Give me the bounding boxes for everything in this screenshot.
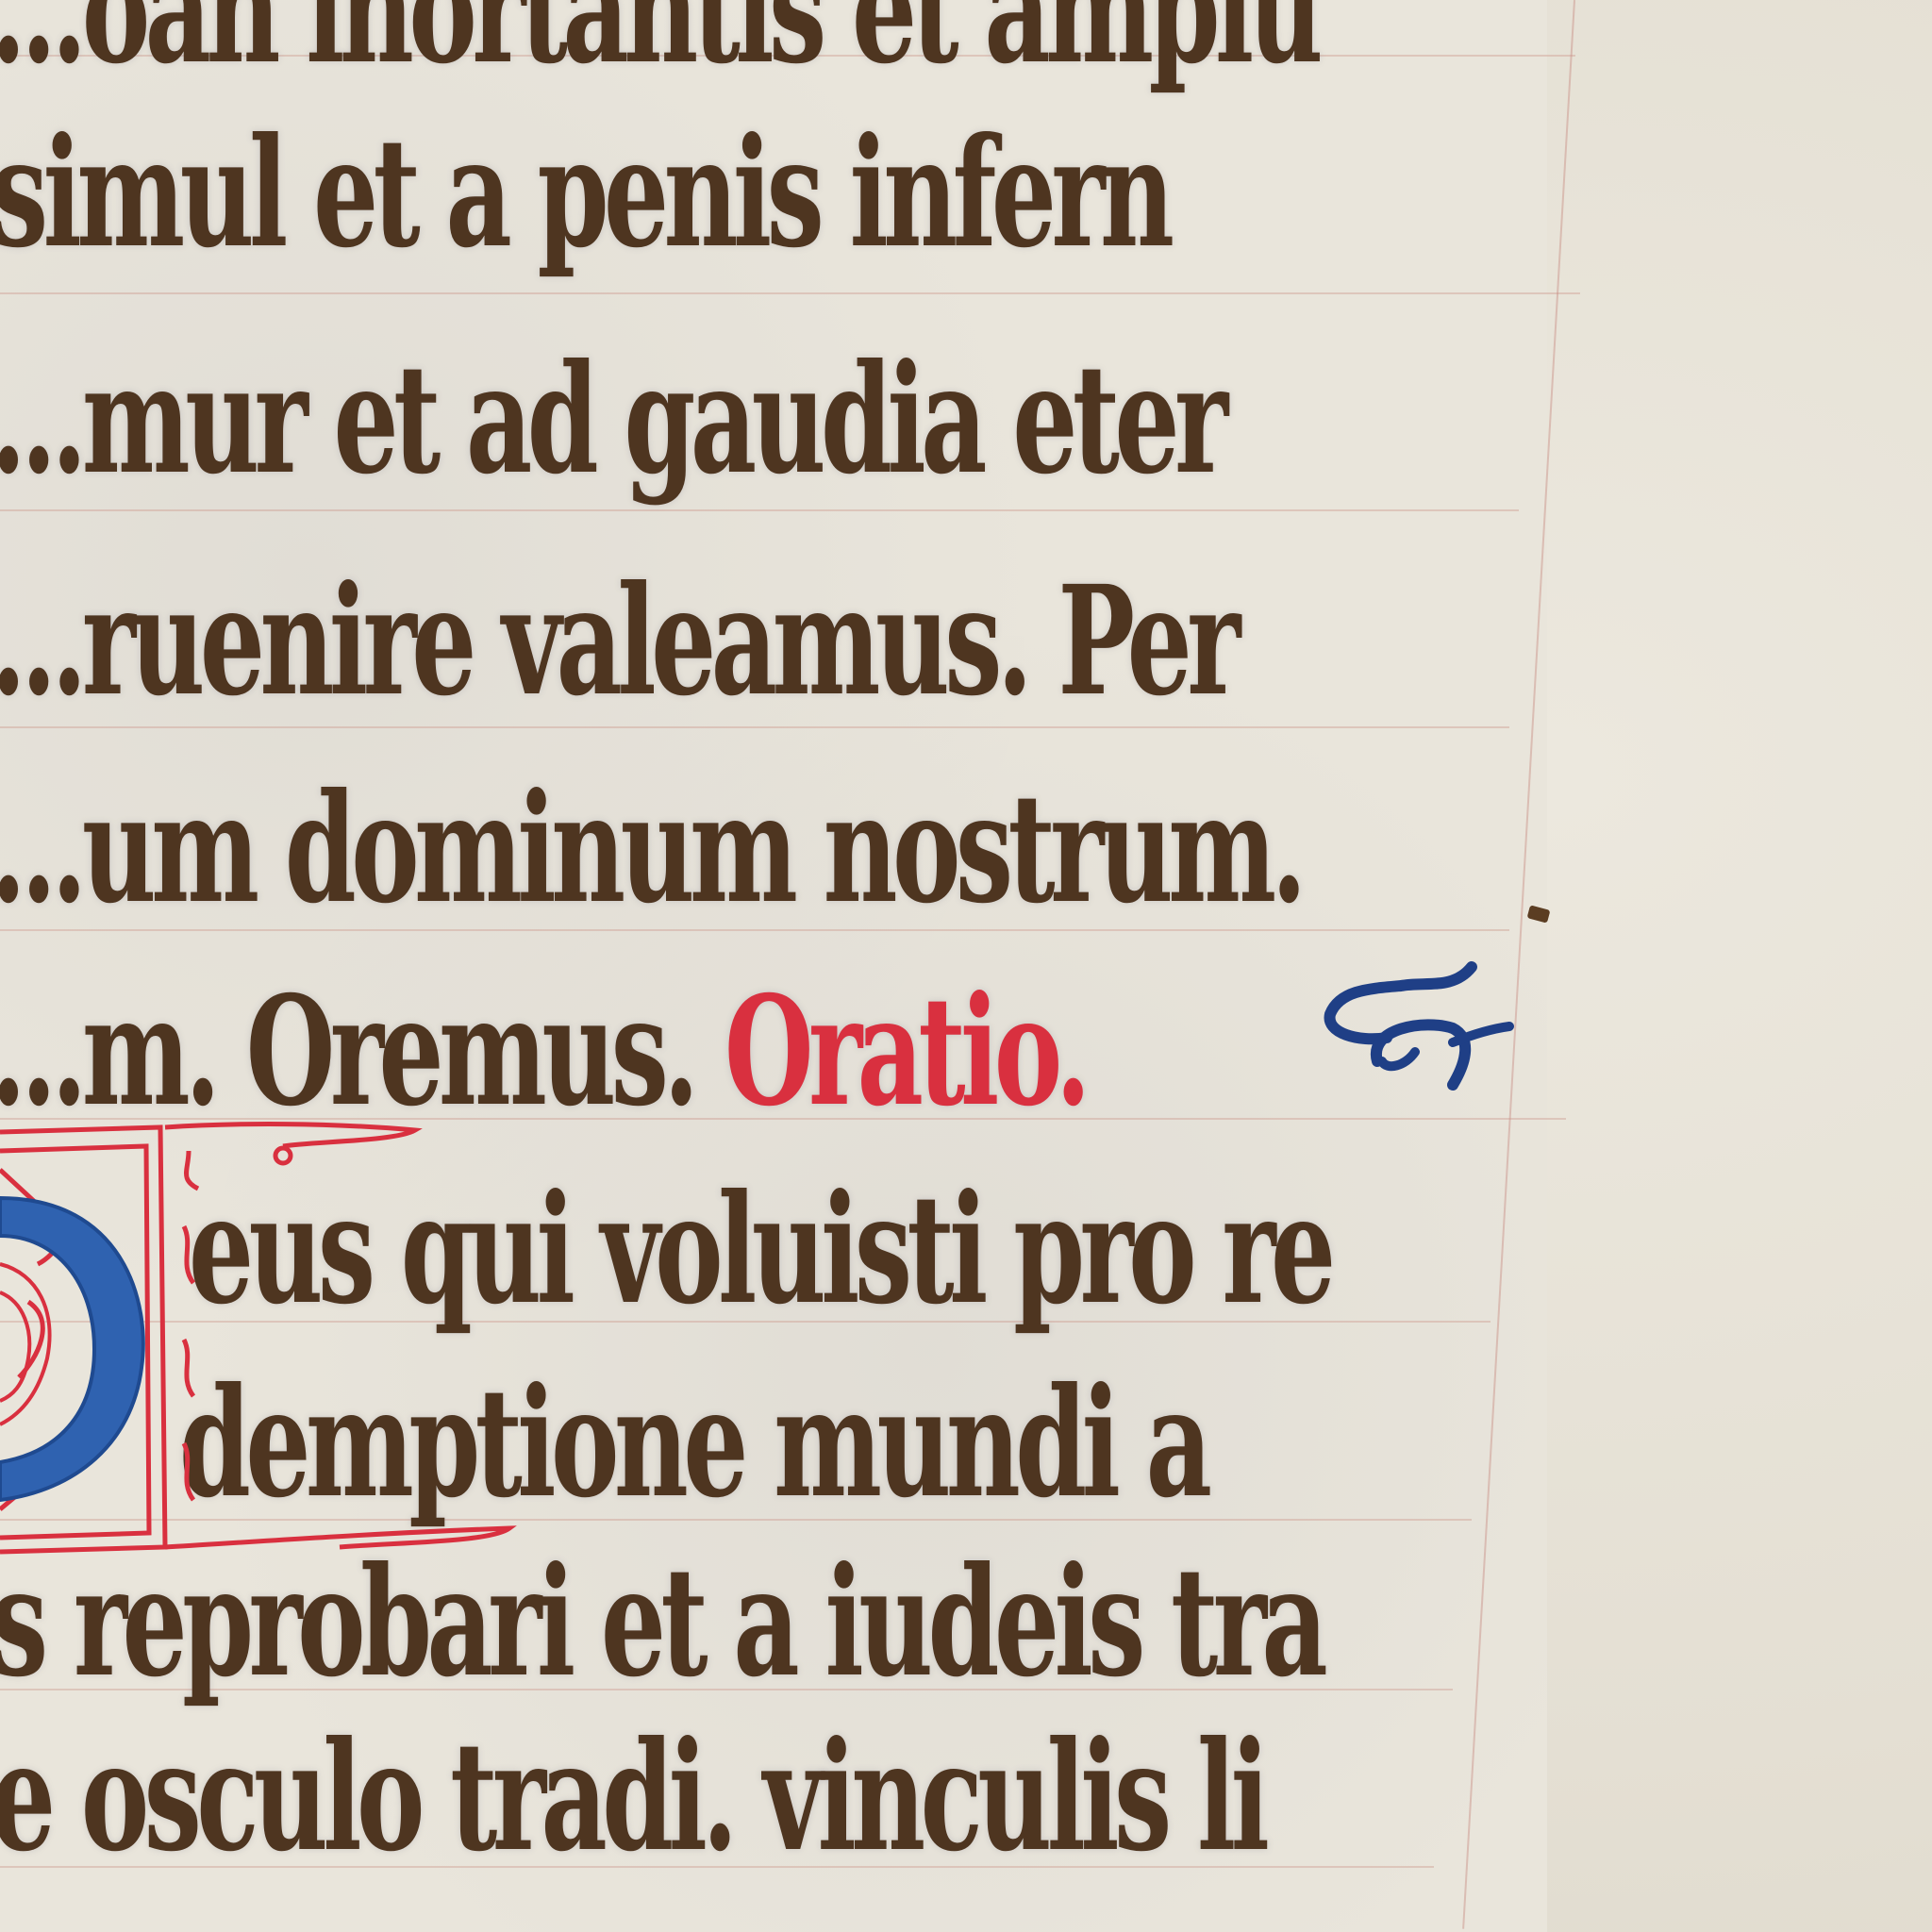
rubric-oratio: Oratio. (724, 962, 1086, 1140)
line-filler-flourish-icon (1311, 953, 1519, 1094)
text-line-1: ...oan inortantis et amplu (0, 0, 1318, 84)
text-line-10: e osculo tradi. vinculis li (0, 1722, 1264, 1872)
ruling-line (0, 509, 1519, 511)
text-line-5: ...um dominum nostrum. (0, 774, 1302, 924)
decorated-initial-d (0, 1113, 528, 1566)
text-line-3: ...mur et ad gaudia eter (0, 344, 1224, 494)
ruling-line (0, 292, 1580, 294)
text-line-9: s reprobari et a iudeis tra (0, 1547, 1323, 1697)
text-line-4: ...ruenire valeamus. Per (0, 566, 1236, 716)
text-line-6: ...m. Oremus. Oratio. (0, 976, 1086, 1126)
text-line-2: simul et a penis infern (0, 118, 1170, 268)
